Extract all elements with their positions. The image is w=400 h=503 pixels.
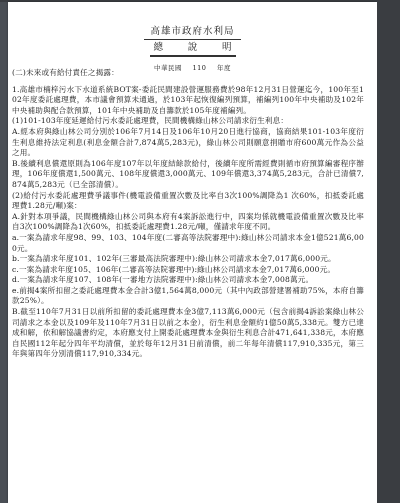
paragraph-1-1-a: A.經本府與綠山林公司分別於106年7月14日及106年10月20日進行協商，協… — [12, 127, 364, 159]
paragraph-1: 1.高雄市楠梓污水下水道系統BOT案-委託民間建設營運服務費於98年12月31日… — [12, 85, 364, 117]
paragraph-1-1: (1)101-103年度延遲給付污水委託處理費，民間機構綠山林公司請求衍生利息： — [12, 116, 364, 127]
case-item-b: b.一案為請求年度101、102年(三審最高法院審理中):綠山林公司請求本金7,… — [12, 254, 364, 265]
vertical-scrollbar[interactable] — [377, 0, 400, 503]
paragraph-1-1-b: B.後續利息償還原則為106年度107年以年度結餘款給付，後續年度所需經費則循市… — [12, 159, 364, 191]
title-char: 明 — [222, 42, 232, 54]
document-viewer: 高雄市政府水利局 總 說 明 中華民國 110 年度 (二)未來或有給付責任之揭… — [0, 0, 400, 503]
case-item-a: a.一案為請求年度98、99、103、104年度(二審高等法院審理中):綠山林公… — [12, 233, 364, 254]
case-item-c: c.一案為請求年度105、106年(二審高等法院審理中):綠山林公司請求本金7,… — [12, 265, 364, 276]
document-title: 總 說 明 — [150, 42, 236, 57]
paragraph-1-2-b: B.截至110年7月31日以前所扣留的委託處理費本金3億7,113萬6,000元… — [12, 307, 364, 360]
case-item-e: e.前揭4案所扣留之委託處理費本金合計3億1,564萬8,000元（其中內政部營… — [12, 286, 364, 307]
organization-name: 高雄市政府水利局 — [144, 26, 240, 40]
title-char: 說 — [188, 42, 198, 54]
section-title: (二)未來或有給付責任之揭露： — [12, 68, 364, 79]
case-item-d: d.一案為請求年度107、108年(一審地方法院審理中):綠山林公司請求本金7,… — [12, 275, 364, 286]
document-page: 高雄市政府水利局 總 說 明 中華民國 110 年度 (二)未來或有給付責任之揭… — [8, 2, 377, 503]
paragraph-1-2: (2)給付污水委託處理費爭議事件(機電設備重置次數及比率自3次100%調降為1 … — [12, 191, 364, 212]
document-header: 高雄市政府水利局 總 說 明 中華民國 110 年度 — [8, 2, 377, 72]
paragraph-1-2-a: A.針對本項爭議，民間機構綠山林公司與本府有4案訴訟進行中，四案均係就機電設備重… — [12, 212, 364, 233]
title-char: 總 — [154, 42, 164, 54]
document-body: (二)未來或有給付責任之揭露： 1.高雄市楠梓污水下水道系統BOT案-委託民間建… — [12, 68, 364, 360]
